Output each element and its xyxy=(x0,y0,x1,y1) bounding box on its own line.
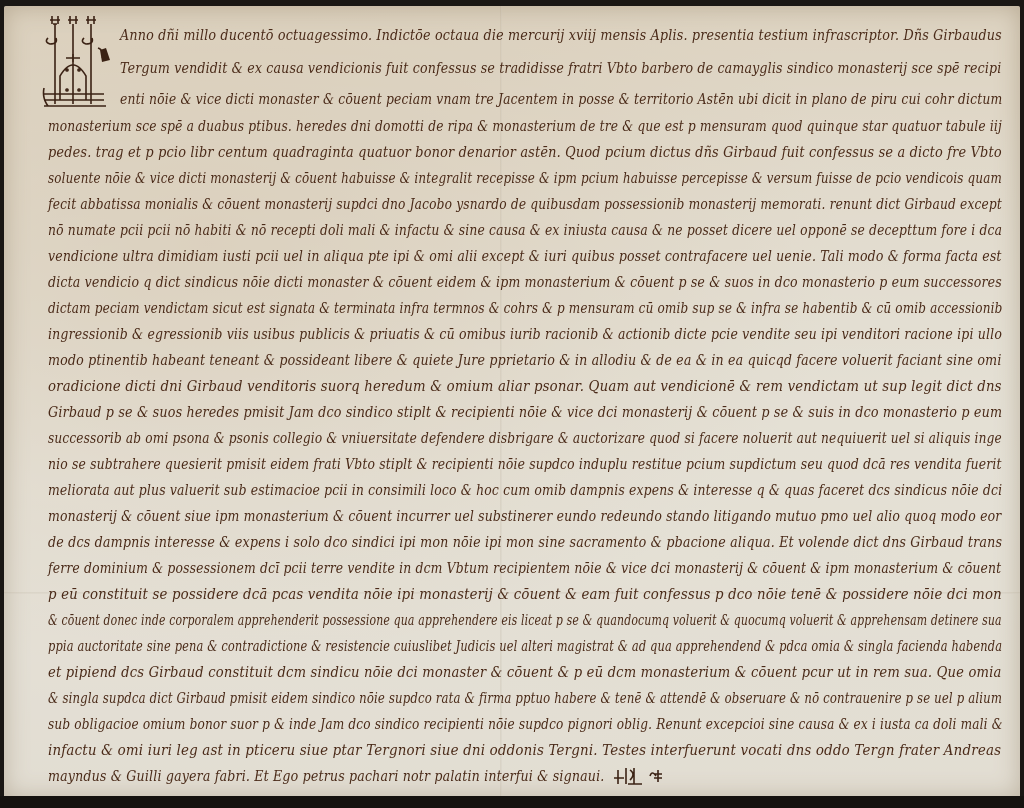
text-line-28: infactu & omi iuri leg ast in pticeru si… xyxy=(48,743,929,759)
text-line-13: modo ptinentib habeant teneant & posside… xyxy=(48,353,879,369)
text-line-16: successorib ab omi psona & psonis colleg… xyxy=(48,431,846,447)
background-edge xyxy=(0,796,1024,808)
text-line-10: dicta vendicio q dict sindicus nōie dict… xyxy=(48,275,873,291)
text-line-9: vendicione ultra dimidiam iusti pcii uel… xyxy=(48,249,871,265)
text-line-15: Girbaud p se & suos heredes pmisit Jam d… xyxy=(48,405,885,421)
decorated-initial-castle-icon xyxy=(40,14,112,110)
text-line-14: oradicione dicti dni Girbaud venditoris … xyxy=(48,379,922,395)
text-line-3: enti nōie & vice dicti monaster & cōuent… xyxy=(120,92,872,108)
text-line-22: p eū constituit se possidere dcā pcas ve… xyxy=(48,587,923,603)
text-line-1: Anno dñi millo ducentō octuagessimo. Ind… xyxy=(120,28,894,44)
text-line-11: dictam peciam vendictam sicut est signat… xyxy=(48,301,840,317)
text-line-19: monasterij & cōuent siue ipm monasterium… xyxy=(48,509,867,525)
text-line-6: soluente nōie & vice dicti monasterij & … xyxy=(48,171,833,187)
text-line-24: ppia auctoritate sine pena & contradicti… xyxy=(48,639,798,655)
text-line-23: & cōuent donec inde corporalem apprehend… xyxy=(48,613,765,629)
text-line-29: mayndus & Guilli gayera fabri. Et Ego pe… xyxy=(48,769,531,785)
text-line-27: sub obligacioe omium bonor suor p & inde… xyxy=(48,717,845,733)
text-line-5: pedes. trag et p pcio libr centum quadra… xyxy=(48,145,895,161)
text-line-21: ferre dominium & possessionem dcī pcii t… xyxy=(48,561,862,577)
text-line-4: monasterium sce spē a duabus ptibus. her… xyxy=(48,119,853,135)
text-line-12: ingressionib & egressionib viis usibus p… xyxy=(48,327,870,343)
notarial-signum-icon xyxy=(610,764,670,788)
text-line-18: meliorata aut plus valuerit sub estimaci… xyxy=(48,483,864,499)
text-line-17: nio se subtrahere quesierit pmisit eidem… xyxy=(48,457,862,473)
text-line-8: nō numate pcii pcii nō habiti & nō recep… xyxy=(48,223,858,239)
text-line-7: fecit abbatissa monialis & cōuent monast… xyxy=(48,197,852,213)
text-line-25: et pipiend dcs Girbaud constituit dcm si… xyxy=(48,665,911,681)
text-line-26: & singla supdca dict Girbaud pmisit eide… xyxy=(48,691,817,707)
text-line-2: Tergum vendidit & ex causa vendicionis f… xyxy=(120,61,886,77)
text-line-20: de dcs dampnis interesse & expens i solo… xyxy=(48,535,882,551)
